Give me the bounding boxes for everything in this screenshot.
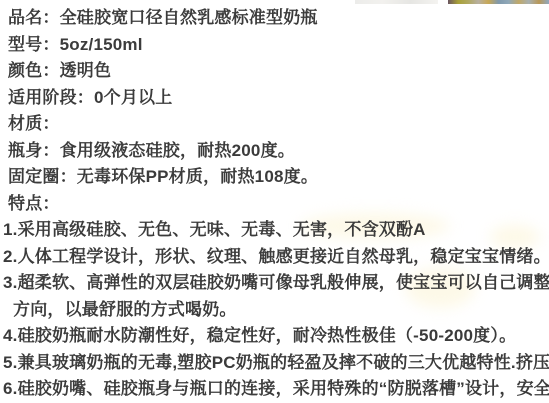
cropped-image-strip-right bbox=[448, 0, 549, 4]
line-age-range: 适用阶段：0个月以上 bbox=[0, 85, 549, 112]
line-product-name: 品名：全硅胶宽口径自然乳感标准型奶瓶 bbox=[0, 5, 549, 32]
line-feature-2: 2.人体工程学设计，形状、纹理、触感更接近自然母乳，稳定宝宝情绪。 bbox=[0, 244, 549, 271]
line-feature-5: 5.兼具玻璃奶瓶的无毒,塑胶PC奶瓶的轻盈及摔不破的三大优越特性.挤压不变形。 bbox=[0, 350, 549, 377]
line-feature-3: 3.超柔软、高弹性的双层硅胶奶嘴可像母乳般伸展，使宝宝可以自己调整奶嘴的 bbox=[0, 270, 549, 297]
page: { "document": { "colors": { "text": "#3b… bbox=[0, 0, 549, 403]
product-description-document: 品名：全硅胶宽口径自然乳感标准型奶瓶 型号：5oz/150ml 颜色：透明色 适… bbox=[0, 5, 549, 403]
line-color: 颜色：透明色 bbox=[0, 58, 549, 85]
line-material-header: 材质： bbox=[0, 111, 549, 138]
cropped-image-strip-left bbox=[355, 0, 438, 4]
line-feature-6: 6.硅胶奶嘴、硅胶瓶身与瓶口的连接，采用特殊的“防脱落槽”设计，安全可靠。 bbox=[0, 376, 549, 403]
line-feature-4: 4.硅胶奶瓶耐水防潮性好，稳定性好，耐冷热性极佳（-50-200度）。 bbox=[0, 323, 549, 350]
line-bottle-body-material: 瓶身：食用级液态硅胶，耐热200度。 bbox=[0, 138, 549, 165]
line-feature-3-continuation: 方向，以最舒服的方式喝奶。 bbox=[0, 297, 549, 324]
line-feature-1: 1.采用高级硅胶、无色、无味、无毒、无害，不含双酚A bbox=[0, 217, 549, 244]
line-features-header: 特点： bbox=[0, 191, 549, 218]
line-fixing-ring-material: 固定圈：无毒环保PP材质，耐热108度。 bbox=[0, 164, 549, 191]
line-model: 型号：5oz/150ml bbox=[0, 32, 549, 59]
